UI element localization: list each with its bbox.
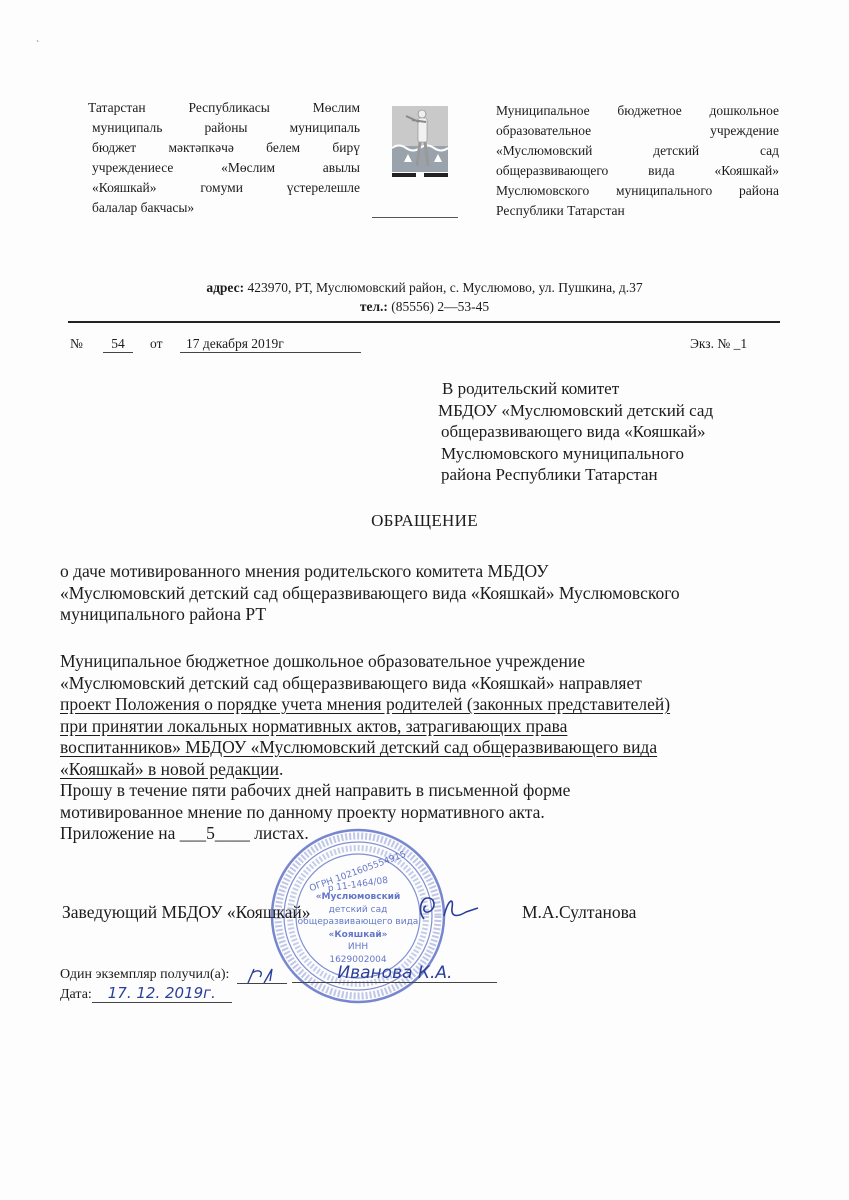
coat-of-arms-icon	[390, 102, 450, 188]
addressee-line: Муслюмовского муниципального	[438, 443, 713, 465]
addressee-line: МБДОУ «Муслюмовский детский сад	[438, 400, 713, 422]
header-left-line: «Кояшкай» гомуми үстерелешле	[88, 178, 360, 198]
address-value: 423970, РТ, Муслюмовский район, с. Муслю…	[244, 280, 643, 295]
header-left-line: Татарстан Республикасы Мөслим	[88, 98, 360, 118]
phone-line: тел.: (85556) 2—53-45	[0, 299, 849, 315]
scan-mark: `	[36, 40, 39, 51]
addressee-line: В родительский комитет	[438, 378, 713, 400]
regulation-title-line: при принятии локальных нормативных актов…	[60, 716, 567, 736]
header-left-line: бюджет мәктәпкәчә белем бирү	[88, 138, 360, 158]
subject-line: «Муслюмовский детский сад общеразвивающе…	[60, 583, 820, 605]
header-right-line: образовательное учреждение	[496, 121, 779, 141]
subject-line: о даче мотивированного мнения родительск…	[60, 561, 820, 583]
registration-number-label: №	[70, 336, 83, 352]
stamp-name: «Кояшкай»	[268, 929, 448, 942]
registration-number: 54	[103, 336, 133, 353]
handwritten-signature-icon	[414, 894, 484, 929]
receipt-block: Один экземпляр получил(а): Иванова К.А. …	[60, 964, 497, 1004]
receipt-date-value: 17. 12. 2019г.	[92, 984, 232, 1003]
address-label: адрес:	[206, 280, 244, 295]
subject-line: муниципального района РТ	[60, 604, 820, 626]
phone-value: (85556) 2—53-45	[388, 299, 489, 314]
received-by-name: Иванова К.А.	[292, 964, 497, 983]
regulation-title-line: проект Положения о порядке учета мнения …	[60, 694, 670, 714]
copy-number: Экз. № _1	[690, 336, 747, 352]
header-right-line: Муслюмовского муниципального района	[496, 181, 779, 201]
header-divider	[68, 321, 780, 323]
header-left-line: муниципаль районы муниципаль	[88, 118, 360, 138]
request-line: мотивированное мнение по данному проекту…	[60, 802, 820, 824]
addressee-line: района Республики Татарстан	[438, 464, 713, 486]
header-left-line: учреждениесе «Мөслим авылы	[88, 158, 360, 178]
header-right-line: общеразвивающего вида «Кояшкай»	[496, 161, 779, 181]
regulation-title-line: «Кояшкай» в новой редакции	[60, 759, 279, 779]
crest-underline	[372, 217, 458, 218]
header-left-line: балалар бакчасы»	[88, 198, 360, 218]
signatory-name: М.А.Султанова	[522, 902, 636, 923]
body-line: «Муслюмовский детский сад общеразвивающе…	[60, 673, 820, 695]
receipt-date-label: Дата:	[60, 987, 92, 1002]
received-label: Один экземпляр получил(а):	[60, 967, 229, 982]
registration-date-value: 17 декабря 2019г	[180, 336, 361, 353]
address-line: адрес: 423970, РТ, Муслюмовский район, с…	[0, 280, 849, 296]
document-subject: о даче мотивированного мнения родительск…	[60, 561, 820, 626]
header-right-line: Муниципальное бюджетное дошкольное	[496, 101, 779, 121]
stamp-inn-label: ИНН	[268, 941, 448, 954]
header-right-line: Республики Татарстан	[496, 201, 779, 221]
request-line: Прошу в течение пяти рабочих дней направ…	[60, 780, 820, 802]
registration-date: 17 декабря 2019г	[180, 336, 361, 353]
body-line: Муниципальное бюджетное дошкольное образ…	[60, 651, 820, 673]
addressee-block: В родительский комитет МБДОУ «Муслюмовск…	[438, 378, 713, 486]
attachment-prefix: Приложение на ___	[60, 823, 206, 843]
addressee-line: общеразвивающего вида «Кояшкай»	[438, 421, 713, 443]
attachment-count: 5	[206, 823, 215, 843]
registration-date-label: от	[150, 336, 162, 352]
copy-number-label: Экз. № _	[690, 336, 740, 351]
header-russian-org-name: Муниципальное бюджетное дошкольное образ…	[496, 101, 779, 221]
header-right-line: «Муслюмовский детский сад	[496, 141, 779, 161]
document-title: ОБРАЩЕНИЕ	[0, 511, 849, 531]
phone-label: тел.:	[360, 299, 388, 314]
regulation-title-end: .	[279, 759, 283, 779]
received-initials-signature	[237, 967, 287, 984]
header-tatar-org-name: Татарстан Республикасы Мөслим муниципаль…	[88, 98, 360, 218]
signatory-position: Заведующий МБДОУ «Кояшкай»	[62, 902, 310, 923]
copy-number-value: 1	[740, 336, 747, 351]
registration-number-value: 54	[103, 336, 133, 353]
regulation-title-line: воспитанников» МБДОУ «Муслюмовский детск…	[60, 737, 657, 757]
document-body: Муниципальное бюджетное дошкольное образ…	[60, 651, 820, 845]
